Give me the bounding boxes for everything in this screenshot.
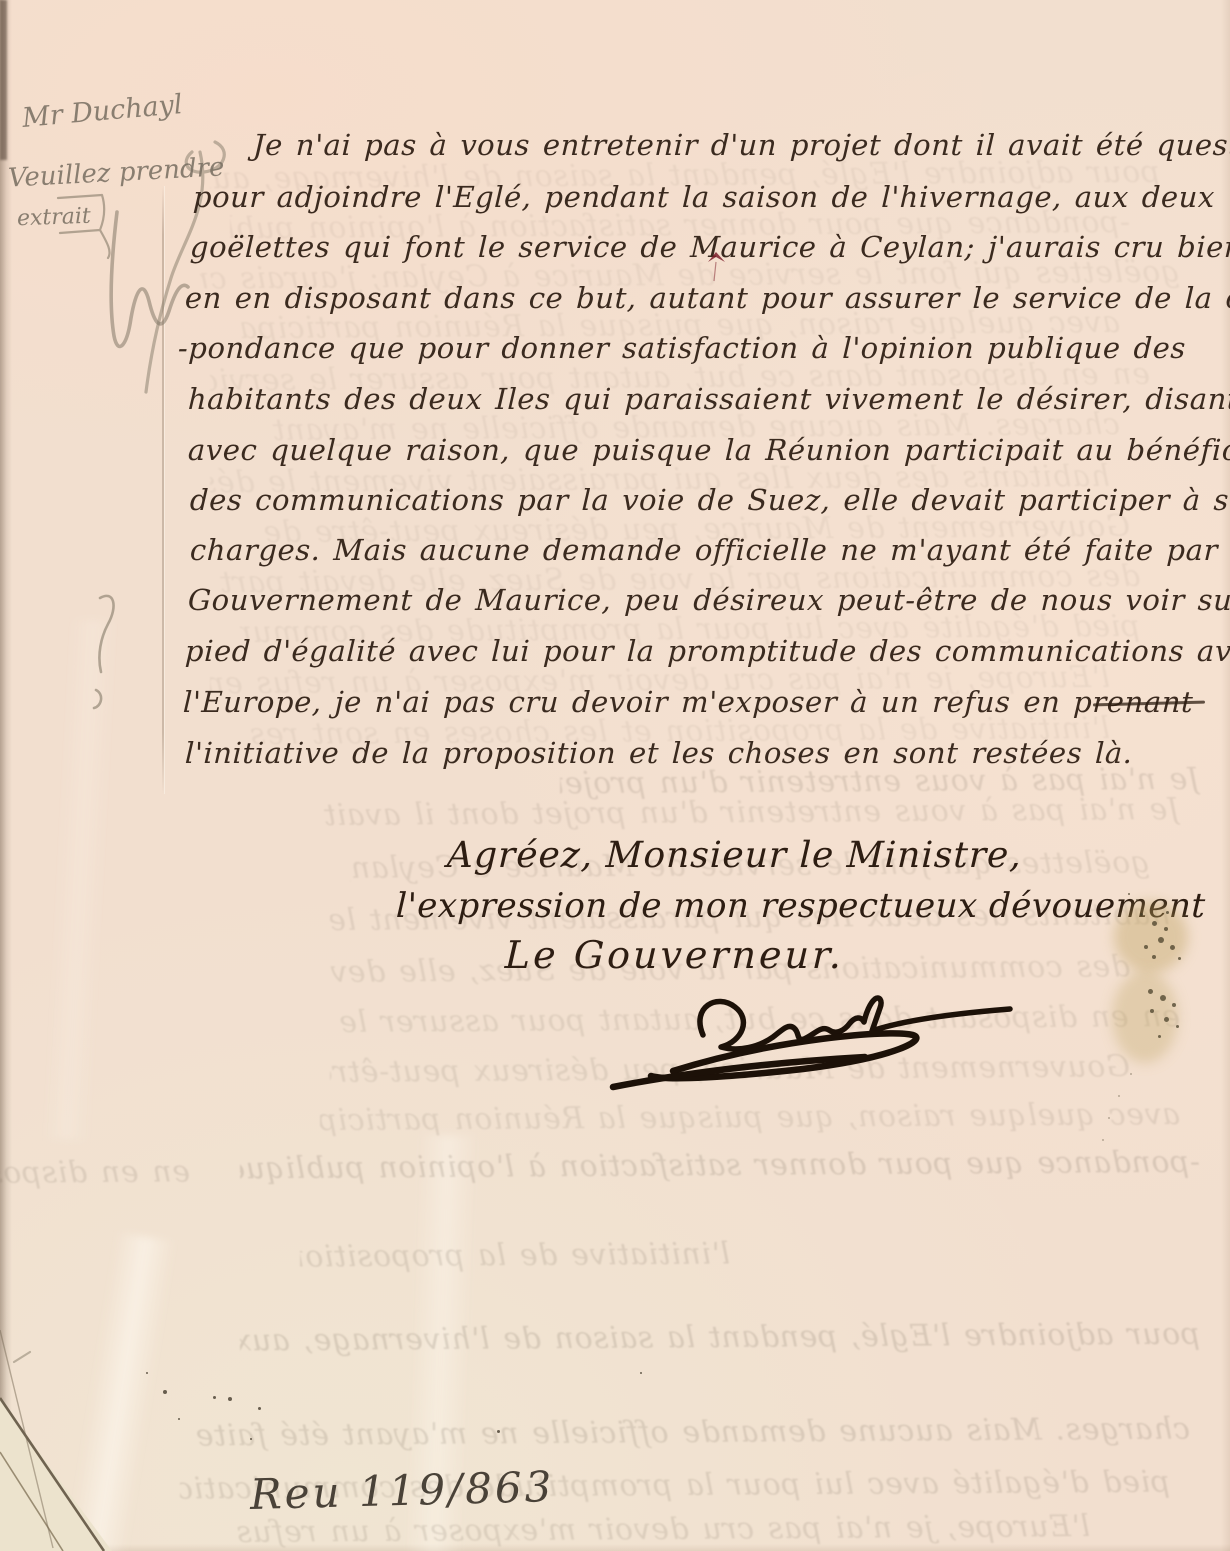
fly-speck <box>250 1438 252 1440</box>
fly-speck <box>228 1397 232 1401</box>
stain-halo <box>1114 901 1188 973</box>
fly-speck <box>213 1396 216 1399</box>
letter-page: pour adjoindre l'Eglé, pendant la saison… <box>0 0 1230 1551</box>
ink-stain <box>1100 893 1230 1163</box>
letter-line: Gouvernement de Maurice, peu désireux pe… <box>187 583 1230 617</box>
bleedthrough-line: goëlettes qui font le service de Maurice… <box>200 255 1180 298</box>
letter-line: l'Europe, je n'ai pas cru devoir m'expos… <box>182 685 1194 719</box>
letter-line: l'initiative de la proposition et les ch… <box>184 736 1133 770</box>
scan-edge-bottom <box>0 1544 1230 1551</box>
bleedthrough-line: des communications par la voie de Suez, … <box>220 559 1140 601</box>
archival-reference: Reu 119/863 <box>249 1462 555 1519</box>
stain-speck <box>1164 927 1168 931</box>
bleedthrough-line: l'initiative de la proposition et les ch… <box>250 711 1110 753</box>
letter-line: des communications par la voie de Suez, … <box>189 483 1230 517</box>
stain-speck <box>1160 995 1166 1001</box>
fly-speck <box>497 1430 500 1433</box>
stain-speck <box>1150 1009 1154 1013</box>
bleedthrough-line: charges. Mais aucune demande officielle … <box>260 407 1120 449</box>
stain-speck <box>1176 1025 1179 1028</box>
margin-note-instruction-2: extrait <box>17 204 92 232</box>
margin-note-instruction-1: Veuillez prendre <box>7 152 225 193</box>
letter-line: Je n'ai pas à vous entretenir d'un proje… <box>252 128 1230 162</box>
bleedthrough-line: -pondance que pour donner satisfaction à… <box>230 205 1130 247</box>
fly-specks <box>0 0 1230 1551</box>
bleedthrough-line: Je n'ai pas à vous entretenir d'un proje… <box>320 792 1180 834</box>
bleedthrough-line: Je n'ai pas à vous entretenir d'un proje… <box>560 762 1200 802</box>
letter-line: avec quelque raison, que puisque la Réun… <box>187 433 1230 467</box>
stain-speck <box>1172 1003 1176 1007</box>
pencil-flourish-marks <box>0 0 1230 1551</box>
stain-speck <box>1102 1139 1104 1141</box>
stain-speck <box>1166 911 1169 914</box>
underlying-page-edges <box>0 0 1230 1551</box>
letter-line: -pondance que pour donner satisfaction à… <box>177 331 1186 365</box>
bleedthrough-line: l'initiative de la proposition et les ch… <box>300 1236 730 1275</box>
light-streak <box>67 1232 174 1551</box>
stain-speck <box>1170 945 1175 950</box>
bleedthrough-line: -pondance que pour donner satisfaction à… <box>240 1145 1200 1188</box>
stain-speck <box>1148 989 1153 994</box>
bleedthrough-line: charges. Mais aucune demande officielle … <box>190 1412 1190 1455</box>
bleedthrough-line: Gouvernement de Maurice, peu désireux pe… <box>250 509 1130 551</box>
bleedthrough-line: pour adjoindre l'Eglé, pendant la saison… <box>240 1317 1200 1360</box>
signature-doret <box>555 973 1055 1108</box>
stain-speck <box>1178 957 1181 960</box>
stain-speck <box>1136 899 1138 901</box>
closing-salutation: Agréez, Monsieur le Ministre, <box>446 835 1022 876</box>
letter-line: habitants des deux Iles qui paraissaient… <box>187 382 1230 416</box>
bleedthrough-line: Gouvernement de Maurice, peu désireux pe… <box>330 1049 1130 1091</box>
bleedthrough-line: avec quelque raison, que puisque la Réun… <box>320 1097 1180 1139</box>
line-filler-dash <box>1093 701 1205 707</box>
bleedthrough-line: pied d'égalité avec lui pour la promptit… <box>240 609 1140 651</box>
bleedthrough-line: habitants des deux Iles qui paraissaient… <box>210 459 1110 501</box>
fly-speck <box>178 1418 180 1420</box>
letter-line: pour adjoindre l'Eglé, pendant la saison… <box>192 180 1215 214</box>
vertical-fold-crease <box>162 186 164 794</box>
letter-line: pied d'égalité avec lui pour la promptit… <box>184 634 1230 668</box>
closing-signoff: Le Gouverneur. <box>504 933 845 977</box>
letter-line: charges. Mais aucune demande officielle … <box>189 533 1230 567</box>
scan-edge-right <box>1221 0 1230 1551</box>
stain-speck <box>1164 1017 1169 1022</box>
stain-speck <box>1108 1117 1110 1119</box>
stain-speck <box>1144 945 1148 949</box>
stain-speck <box>1118 1095 1120 1097</box>
stain-speck <box>1158 937 1164 943</box>
stain-speck <box>1152 955 1156 959</box>
bleedthrough-line: en en disposant dans ce but, autant pour… <box>210 357 1150 400</box>
stain-speck <box>1140 913 1143 916</box>
letter-body: Je n'ai pas à vous entretenir d'un proje… <box>0 0 1230 1551</box>
scan-edge-left-dark <box>0 0 7 160</box>
bleedthrough-line: pour adjoindre l'Eglé, pendant la saison… <box>210 155 1160 198</box>
margin-note-recipient: Mr Duchayl <box>21 89 184 134</box>
stain-speck <box>1152 921 1157 926</box>
bleedthrough-line: en en disposant dans ce but, autant pour… <box>330 999 1180 1041</box>
light-streak <box>44 619 115 1141</box>
red-caret-mark <box>706 250 728 286</box>
bleedthrough-line: avec quelque raison, que puisque la Réun… <box>240 305 1120 347</box>
bleedthrough-line: en en disposant dans ce but, autant pour… <box>0 1154 190 1191</box>
stain-speck <box>1130 1073 1132 1075</box>
fly-speck <box>640 1372 642 1374</box>
stain-speck <box>1128 893 1130 895</box>
closing-expression: l'expression de mon respectueux dévoueme… <box>395 886 1206 926</box>
bleedthrough-layer: pour adjoindre l'Eglé, pendant la saison… <box>0 0 1230 1551</box>
fly-speck <box>258 1407 261 1410</box>
letter-line: en en disposant dans ce but, autant pour… <box>184 281 1230 315</box>
bleedthrough-line: l'Europe, je n'ai pas cru devoir m'expos… <box>210 660 1110 702</box>
stain-speck <box>1158 1035 1161 1038</box>
scan-edge-left <box>0 0 12 1551</box>
fly-speck <box>163 1390 167 1394</box>
